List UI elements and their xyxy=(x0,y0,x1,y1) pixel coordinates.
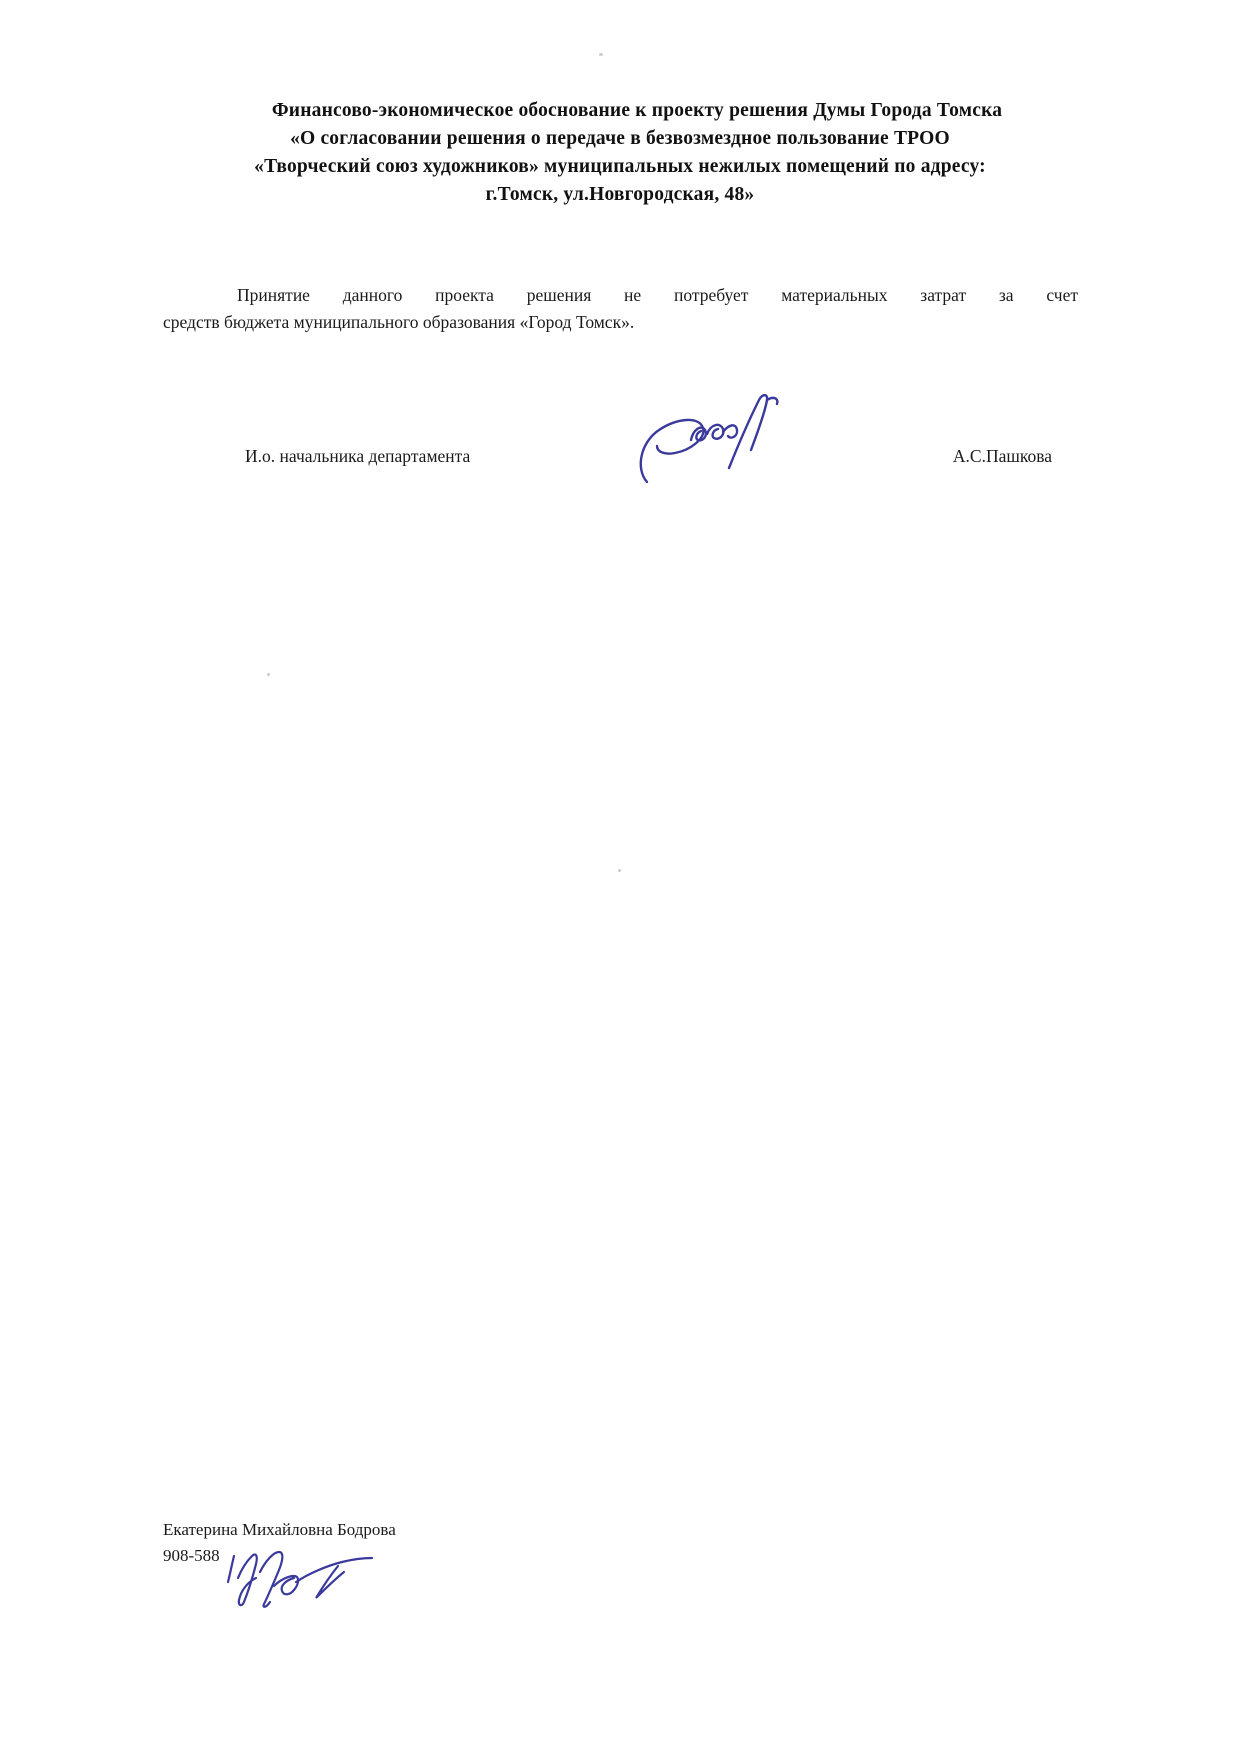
signer-position-label: И.о. начальника департамента xyxy=(245,446,470,467)
body-paragraph-line-2: средств бюджета муниципального образован… xyxy=(163,309,1078,336)
document-page: Финансово-экономическое обоснование к пр… xyxy=(0,0,1240,1753)
scan-speck xyxy=(618,869,621,872)
scan-speck xyxy=(599,53,603,56)
bodrova-signature-ink xyxy=(222,1538,382,1610)
scan-speck xyxy=(267,673,270,676)
title-line-3: «Творческий союз художников» муниципальн… xyxy=(120,153,1120,181)
body-paragraph: Принятие данного проекта решения не потр… xyxy=(163,282,1078,336)
title-line-1: Финансово-экономическое обоснование к пр… xyxy=(120,97,1120,125)
executor-phone: 908-588 xyxy=(163,1546,220,1566)
title-line-4: г.Томск, ул.Новгородская, 48» xyxy=(120,181,1120,209)
title-line-2: «О согласовании решения о передаче в без… xyxy=(120,125,1120,153)
body-paragraph-line-1: Принятие данного проекта решения не потр… xyxy=(163,282,1078,309)
pashkova-signature-ink xyxy=(633,390,795,486)
document-title: Финансово-экономическое обоснование к пр… xyxy=(120,97,1120,209)
executor-name: Екатерина Михайловна Бодрова xyxy=(163,1520,396,1540)
signer-name: А.С.Пашкова xyxy=(953,446,1052,467)
